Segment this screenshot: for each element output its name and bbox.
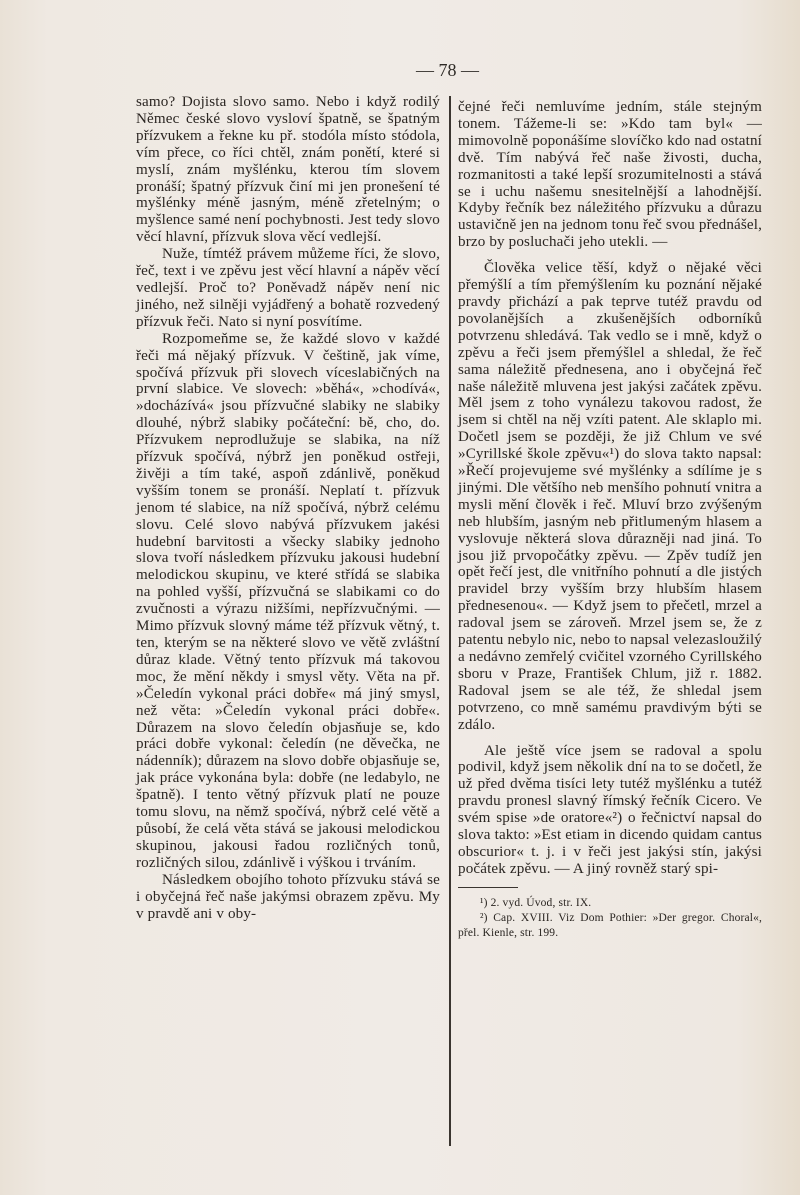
- right-column: čejné řeči nemluvíme jedním, stále stejn…: [458, 99, 762, 941]
- footnotes: ¹) 2. vyd. Úvod, str. IX. ²) Cap. XVIII.…: [458, 896, 762, 941]
- paragraph: čejné řeči nemluvíme jedním, stále stejn…: [458, 99, 762, 251]
- column-divider: [449, 96, 451, 1146]
- left-column: samo? Dojista slovo samo. Nebo i když ro…: [136, 94, 440, 922]
- footnote-rule: [458, 887, 518, 888]
- paragraph: Následkem obojího tohoto přízvuku stává …: [136, 872, 440, 923]
- paragraph: Rozpomeňme se, že každé slovo v každé ře…: [136, 331, 440, 872]
- footnote: ²) Cap. XVIII. Viz Dom Pothier: »Der gre…: [458, 911, 762, 941]
- paragraph: Ale ještě více jsem se radoval a spolu p…: [458, 743, 762, 878]
- paragraph: samo? Dojista slovo samo. Nebo i když ro…: [136, 94, 440, 246]
- document-page: — 78 — samo? Dojista slovo samo. Nebo i …: [0, 0, 800, 1195]
- page-number: — 78 —: [0, 60, 800, 81]
- paragraph: Nuže, tímtéž právem můžeme říci, že slov…: [136, 246, 440, 331]
- footnote: ¹) 2. vyd. Úvod, str. IX.: [458, 896, 762, 911]
- paragraph: Člověka velice těší, když o nějaké věci …: [458, 260, 762, 733]
